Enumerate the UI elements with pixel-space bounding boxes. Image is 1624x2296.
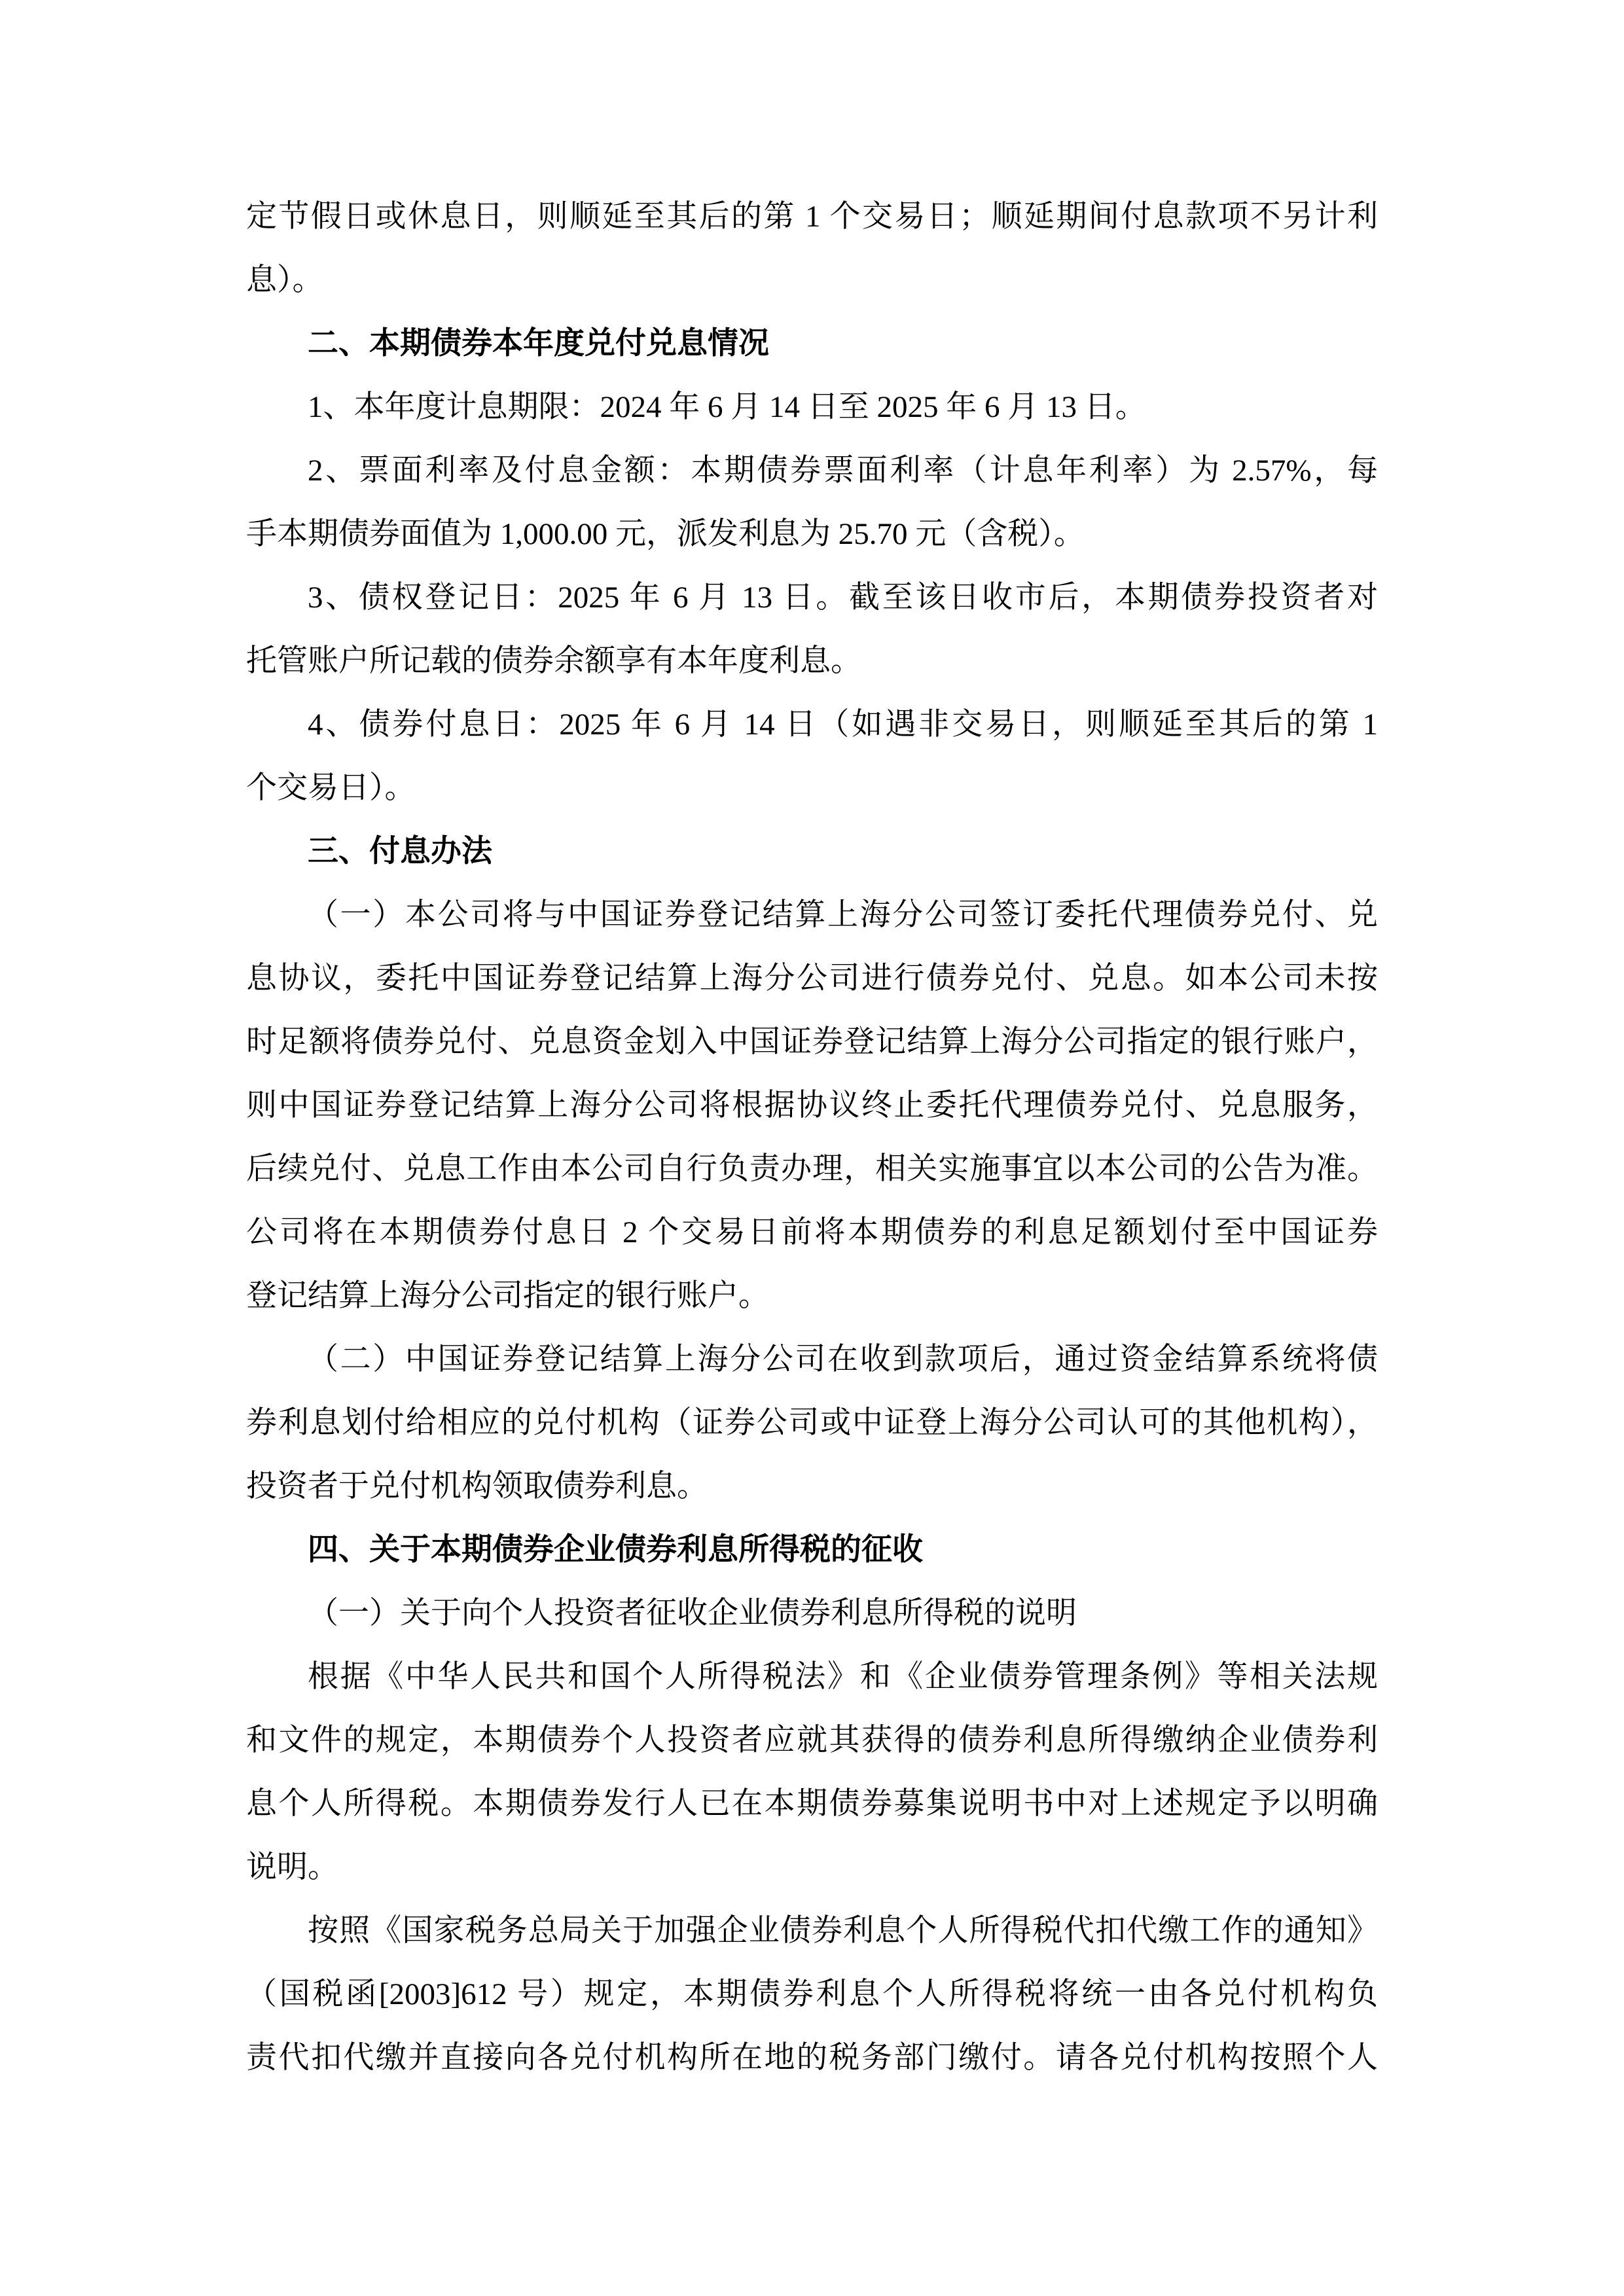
text-line: 则中国证券登记结算上海分公司将根据协议终止委托代理债券兑付、兑息服务，	[246, 1074, 1378, 1138]
text-line: 个交易日）。	[246, 757, 1378, 820]
text-line: 说明。	[246, 1836, 1378, 1899]
text-line: 券利息划付给相应的兑付机构（证券公司或中证登上海分公司认可的其他机构），	[246, 1391, 1378, 1455]
text-line: 投资者于兑付机构领取债券利息。	[246, 1455, 1378, 1518]
text-line: 和文件的规定，本期债券个人投资者应就其获得的债券利息所得缴纳企业债券利	[246, 1709, 1378, 1772]
text-line: 根据《中华人民共和国个人所得税法》和《企业债券管理条例》等相关法规	[246, 1645, 1378, 1709]
document-page: 定节假日或休息日，则顺延至其后的第 1 个交易日；顺延期间付息款项不另计利息）。…	[0, 0, 1624, 2296]
text-line: 3、债权登记日：2025 年 6 月 13 日。截至该日收市后，本期债券投资者对	[246, 566, 1378, 630]
text-line: 2、票面利率及付息金额：本期债券票面利率（计息年利率）为 2.57%，每	[246, 439, 1378, 503]
text-line: 托管账户所记载的债券余额享有本年度利息。	[246, 630, 1378, 693]
text-line: 息）。	[246, 249, 1378, 312]
text-line: 4、债券付息日：2025 年 6 月 14 日（如遇非交易日，则顺延至其后的第 …	[246, 693, 1378, 757]
text-line: 息协议，委托中国证券登记结算上海分公司进行债券兑付、兑息。如本公司未按	[246, 947, 1378, 1011]
text-line: （国税函[2003]612 号）规定，本期债券利息个人所得税将统一由各兑付机构负	[246, 1963, 1378, 2026]
text-line: 按照《国家税务总局关于加强企业债券利息个人所得税代扣代缴工作的通知》	[246, 1899, 1378, 1963]
section-heading: 三、付息办法	[246, 820, 1378, 884]
text-line: 后续兑付、兑息工作由本公司自行负责办理，相关实施事宜以本公司的公告为准。	[246, 1138, 1378, 1201]
document-body: 定节假日或休息日，则顺延至其后的第 1 个交易日；顺延期间付息款项不另计利息）。…	[246, 185, 1378, 2090]
text-line: 公司将在本期债券付息日 2 个交易日前将本期债券的利息足额划付至中国证券	[246, 1201, 1378, 1265]
text-line: 手本期债券面值为 1,000.00 元，派发利息为 25.70 元（含税）。	[246, 503, 1378, 566]
text-line: 责代扣代缴并直接向各兑付机构所在地的税务部门缴付。请各兑付机构按照个人	[246, 2026, 1378, 2090]
text-line: 时足额将债券兑付、兑息资金划入中国证券登记结算上海分公司指定的银行账户，	[246, 1011, 1378, 1074]
text-line: 定节假日或休息日，则顺延至其后的第 1 个交易日；顺延期间付息款项不另计利	[246, 185, 1378, 249]
text-line: 登记结算上海分公司指定的银行账户。	[246, 1265, 1378, 1328]
text-line: （一）关于向个人投资者征收企业债券利息所得税的说明	[246, 1582, 1378, 1645]
text-line: （一）本公司将与中国证券登记结算上海分公司签订委托代理债券兑付、兑	[246, 884, 1378, 947]
text-line: （二）中国证券登记结算上海分公司在收到款项后，通过资金结算系统将债	[246, 1328, 1378, 1391]
text-line: 息个人所得税。本期债券发行人已在本期债券募集说明书中对上述规定予以明确	[246, 1772, 1378, 1836]
section-heading: 四、关于本期债券企业债券利息所得税的征收	[246, 1518, 1378, 1582]
section-heading: 二、本期债券本年度兑付兑息情况	[246, 312, 1378, 376]
text-line: 1、本年度计息期限：2024 年 6 月 14 日至 2025 年 6 月 13…	[246, 376, 1378, 439]
